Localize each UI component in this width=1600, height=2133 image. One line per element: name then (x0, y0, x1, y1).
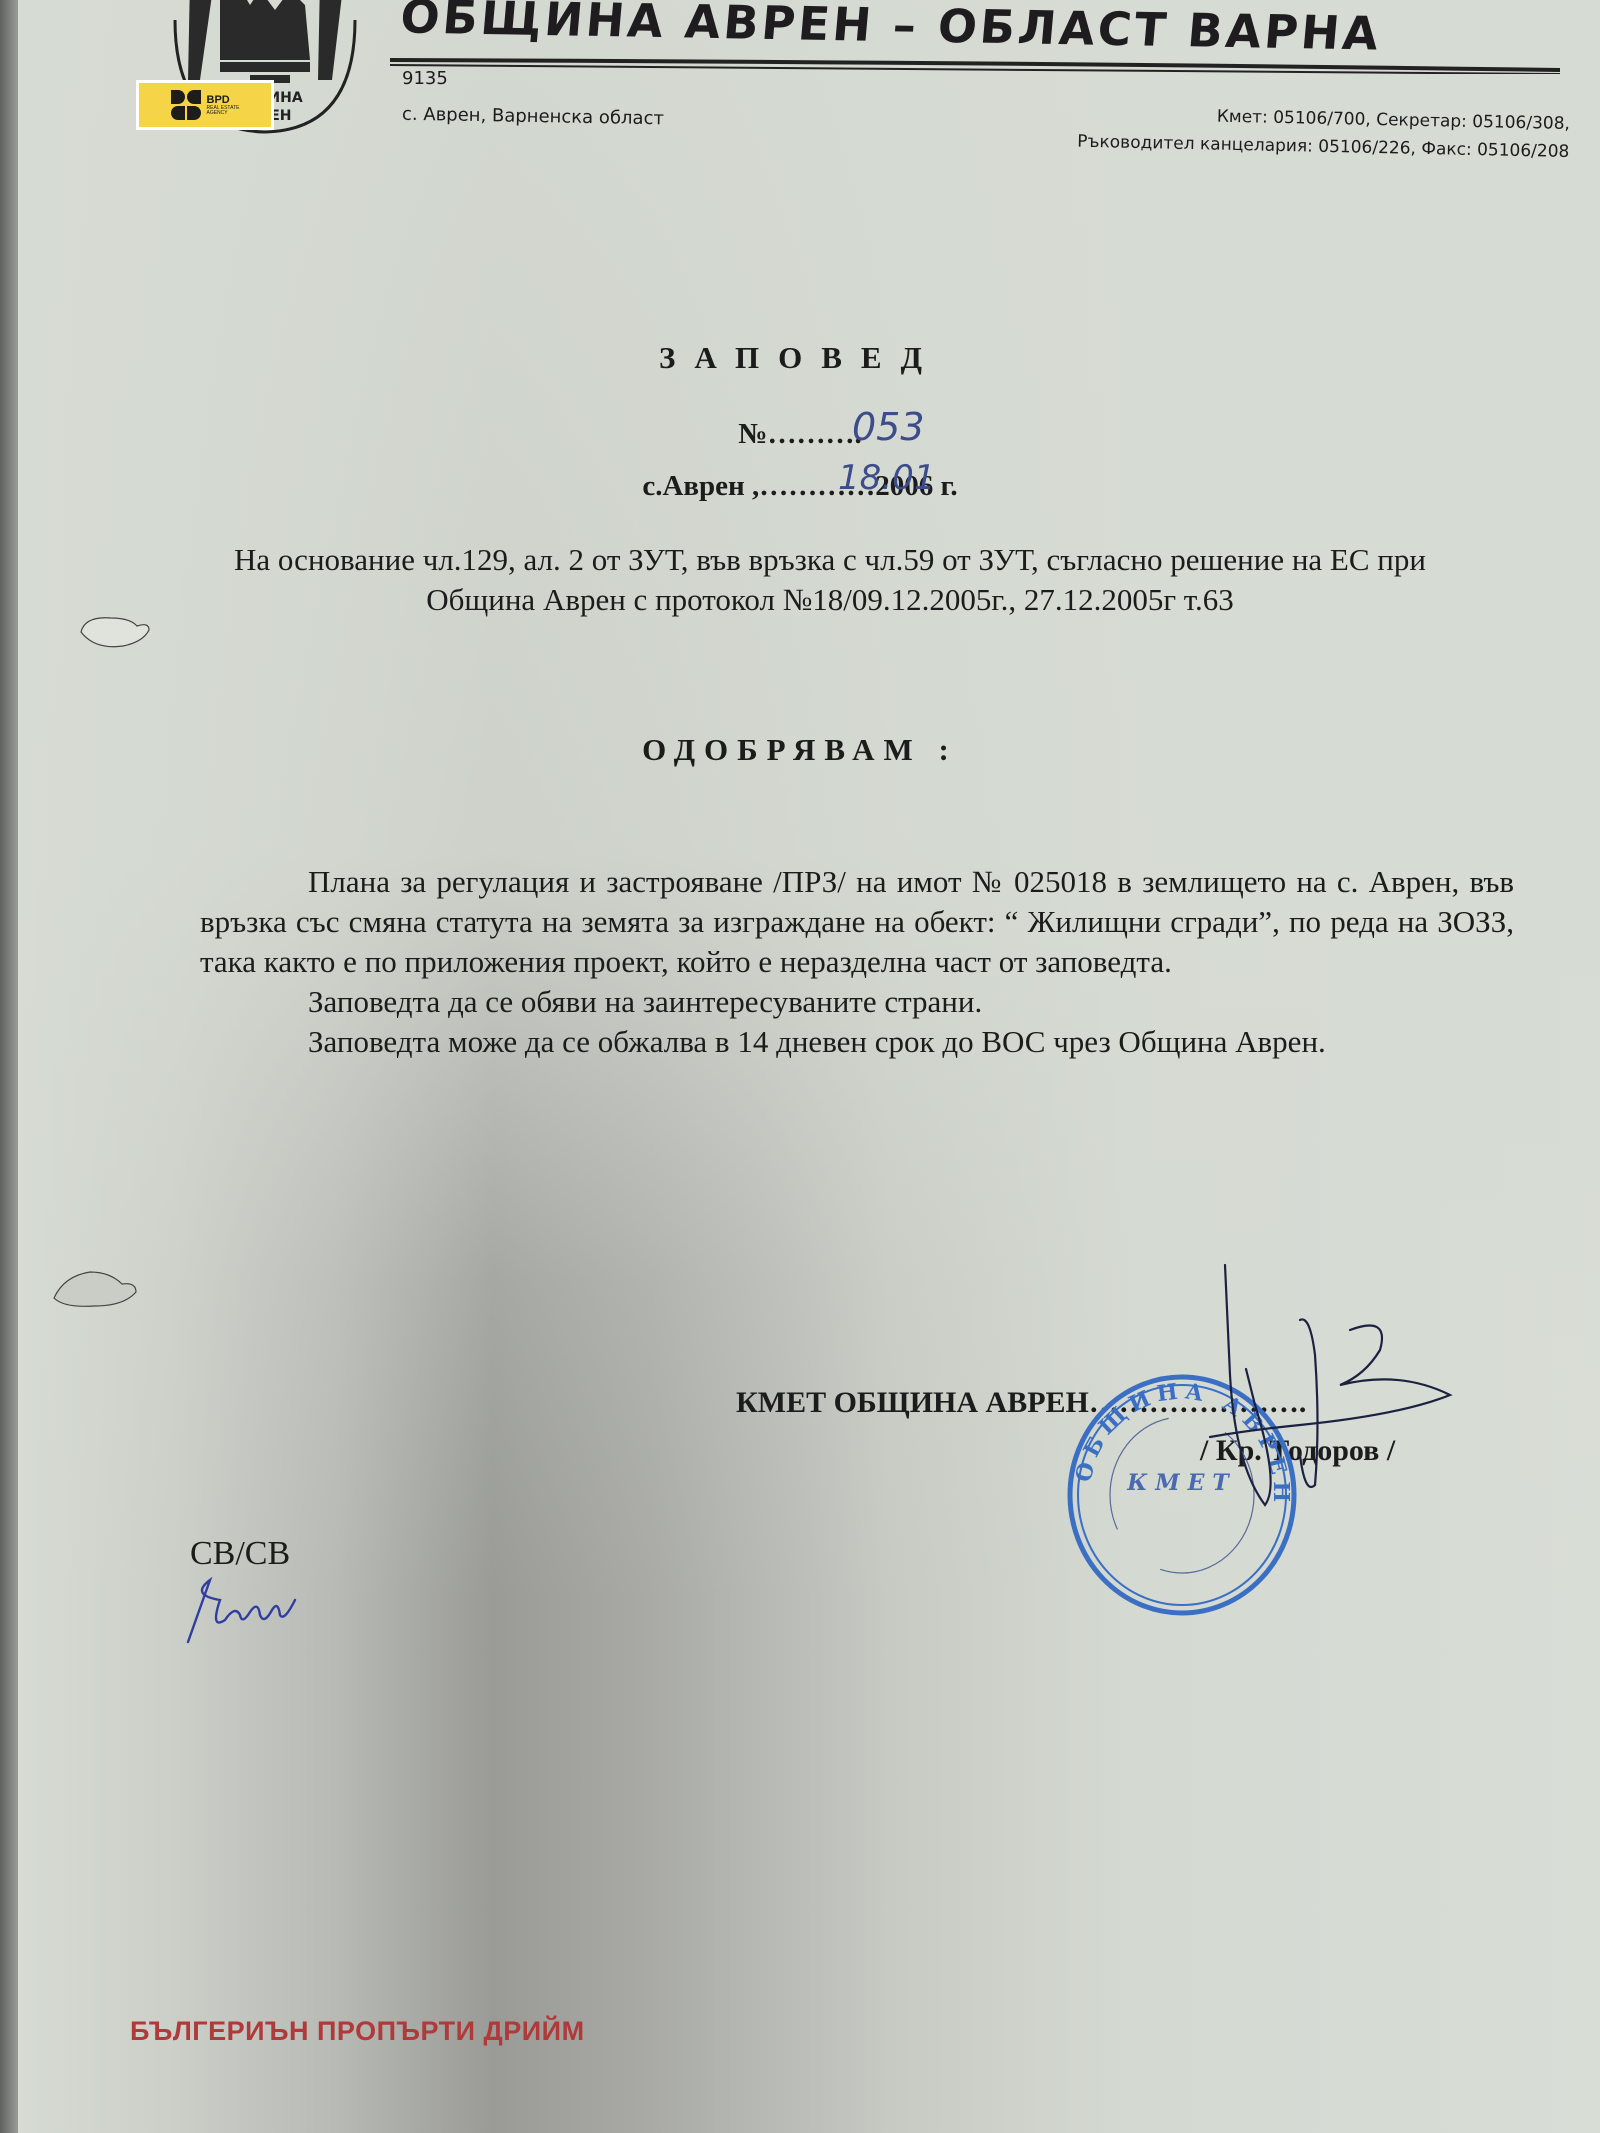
mayor-signature-icon (1140, 1255, 1480, 1515)
order-number-handwritten: 053 (852, 405, 925, 449)
punch-hole-icon (75, 612, 155, 657)
postcode: 9135 (402, 68, 448, 89)
legal-basis: На основание чл.129, ал. 2 от ЗУТ, във в… (210, 540, 1450, 620)
contacts: Кмет: 05106/700, Секретар: 05106/308, Ръ… (1077, 100, 1570, 166)
order-date-line: с.Аврен ,…………2006 г. (0, 470, 1600, 503)
clerk-signature-icon (180, 1570, 320, 1650)
order-date-handwritten: 18.01 (838, 458, 935, 498)
punch-hole-icon (50, 1262, 140, 1312)
agency-watermark: БЪЛГЕРИЪН ПРОПЪРТИ ДРИЙМ (130, 2016, 585, 2047)
paragraph-plan: Плана за регулация и застрояване /ПРЗ/ н… (200, 862, 1514, 982)
document-title: ЗАПОВЕД (0, 340, 1600, 376)
initials: СВ/СВ (190, 1535, 290, 1573)
date-prefix: с.Аврен , (642, 470, 759, 502)
approve-heading: ОДОБРЯВАМ : (0, 732, 1600, 768)
paragraph-appeal: Заповедта може да се обжалва в 14 дневен… (200, 1022, 1514, 1062)
number-label: №………. (738, 418, 861, 450)
paragraph-announce: Заповедта да се обяви на заинтересуванит… (200, 982, 1514, 1022)
order-number-line: №………. (0, 418, 1600, 451)
order-body: Плана за регулация и застрояване /ПРЗ/ н… (200, 862, 1514, 1062)
bpd-line2: AGENCY (207, 111, 240, 116)
bpd-mark-icon (171, 90, 201, 120)
document-page (18, 0, 1600, 2133)
page-edge-shadow (0, 0, 18, 2133)
bpd-agency-logo: BPD REAL ESTATE AGENCY (136, 80, 274, 130)
header-rule (390, 58, 1560, 74)
bpd-brand: BPD (207, 95, 240, 106)
